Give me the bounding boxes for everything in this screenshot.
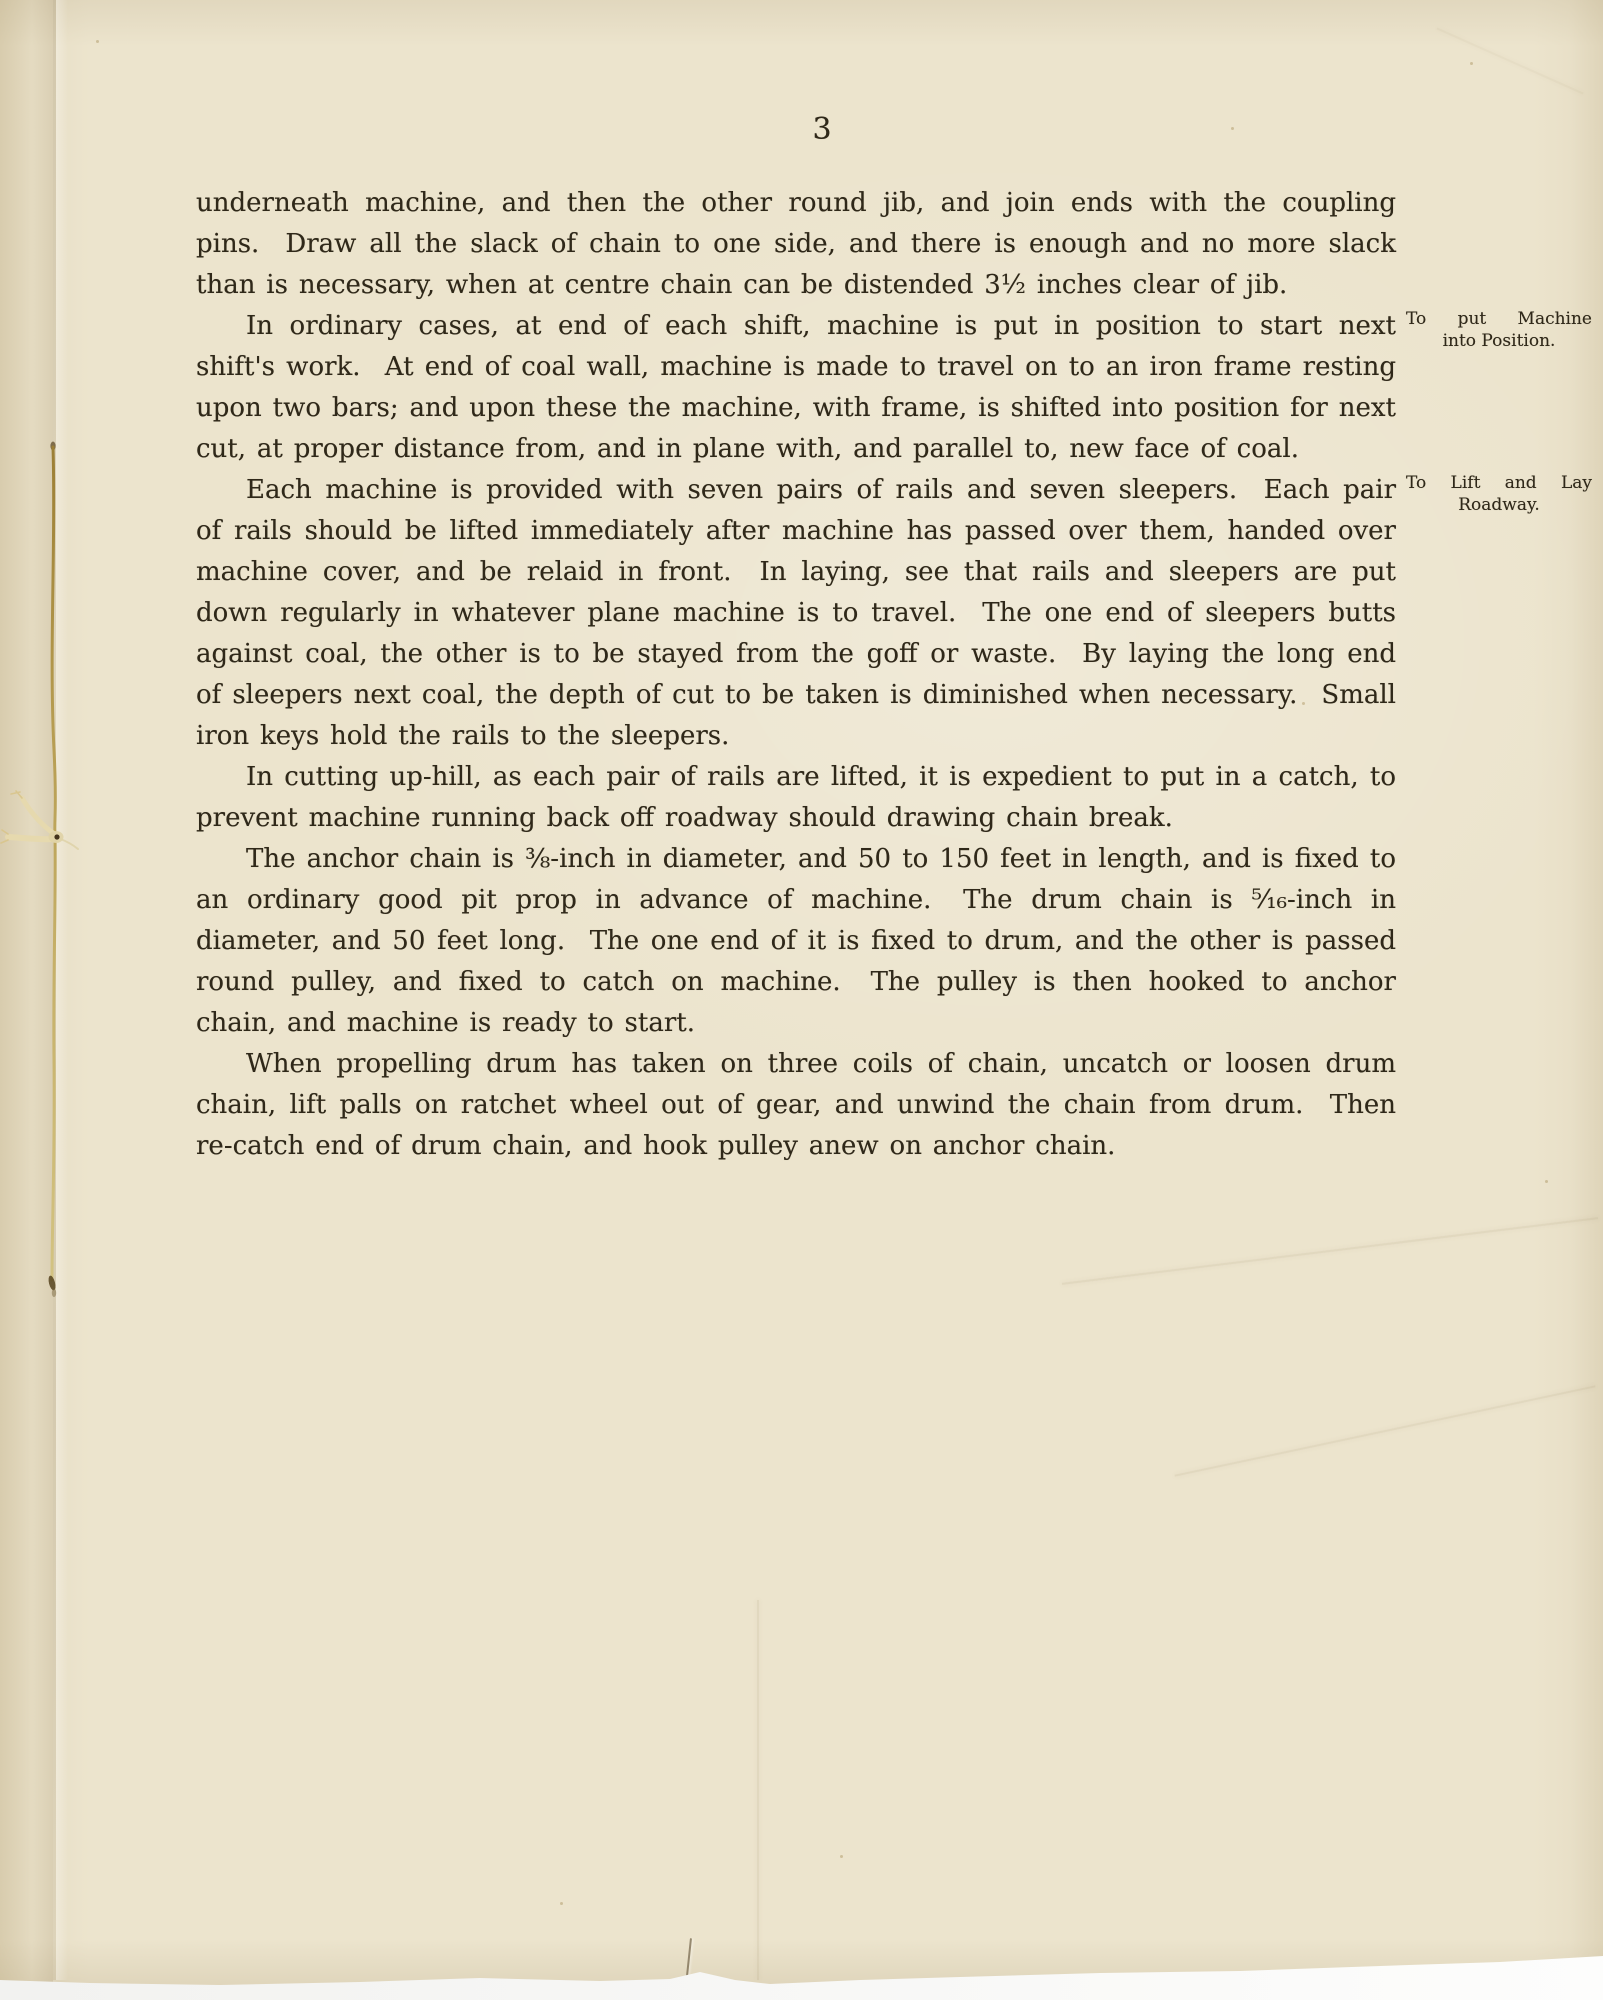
paragraph-text: When propelling drum has taken on three … <box>196 1044 1396 1167</box>
paragraph: Each machine is provided with seven pair… <box>196 470 1396 757</box>
paper-speck <box>840 1855 843 1858</box>
margin-note-line: To put Machine <box>1406 308 1592 330</box>
paper-speck <box>1231 127 1234 130</box>
paper-crease <box>1437 28 1584 95</box>
paper-crease <box>1062 1217 1598 1285</box>
page-body-text: underneath machine, and then the other r… <box>196 183 1396 1167</box>
paper-speck <box>560 1902 563 1905</box>
margin-note: To put Machine into Position. <box>1406 308 1592 352</box>
page-number: 3 <box>812 112 831 147</box>
paragraph-text: In cutting up-hill, as each pair of rail… <box>196 757 1396 839</box>
paper-speck <box>1545 1180 1548 1183</box>
paper-crease <box>1174 1385 1595 1476</box>
paragraph: underneath machine, and then the other r… <box>196 183 1396 306</box>
paper-speck <box>662 572 665 575</box>
stitch-hole-smudge <box>52 1289 56 1297</box>
paragraph-text: In ordinary cases, at end of each shift,… <box>196 306 1396 470</box>
thread-frayed-strand-left-up <box>22 798 56 835</box>
paper-crease <box>757 1600 759 1980</box>
paper-speck <box>96 40 99 43</box>
margin-note-line: Roadway. <box>1406 494 1592 516</box>
thread-knot <box>54 834 59 839</box>
paper-speck <box>1302 702 1305 705</box>
scanned-book-page: 3 underneath machine, and then the other… <box>0 0 1603 2000</box>
thread-strand-main <box>52 447 55 1280</box>
margin-note-line: into Position. <box>1406 330 1592 352</box>
bottom-edge-tear <box>686 1938 692 1976</box>
paragraph-text: Each machine is provided with seven pair… <box>196 470 1396 757</box>
binding-thread-graphic <box>0 420 160 1320</box>
paragraph-text: The anchor chain is ⅜-inch in diameter, … <box>196 839 1396 1044</box>
margin-note-line: To Lift and Lay <box>1406 472 1592 494</box>
stitch-hole-bottom <box>47 1275 56 1291</box>
paper-speck <box>1470 62 1473 65</box>
paragraph: In cutting up-hill, as each pair of rail… <box>196 757 1396 839</box>
paragraph: When propelling drum has taken on three … <box>196 1044 1396 1167</box>
paragraph: In ordinary cases, at end of each shift,… <box>196 306 1396 470</box>
thread-frayed-strand-left <box>8 837 54 839</box>
paragraph: The anchor chain is ⅜-inch in diameter, … <box>196 839 1396 1044</box>
thread-fray-tip <box>11 791 22 798</box>
paragraph-text: underneath machine, and then the other r… <box>196 183 1396 306</box>
paper-sheet: 3 underneath machine, and then the other… <box>0 0 1603 2000</box>
margin-note: To Lift and Lay Roadway. <box>1406 472 1592 516</box>
